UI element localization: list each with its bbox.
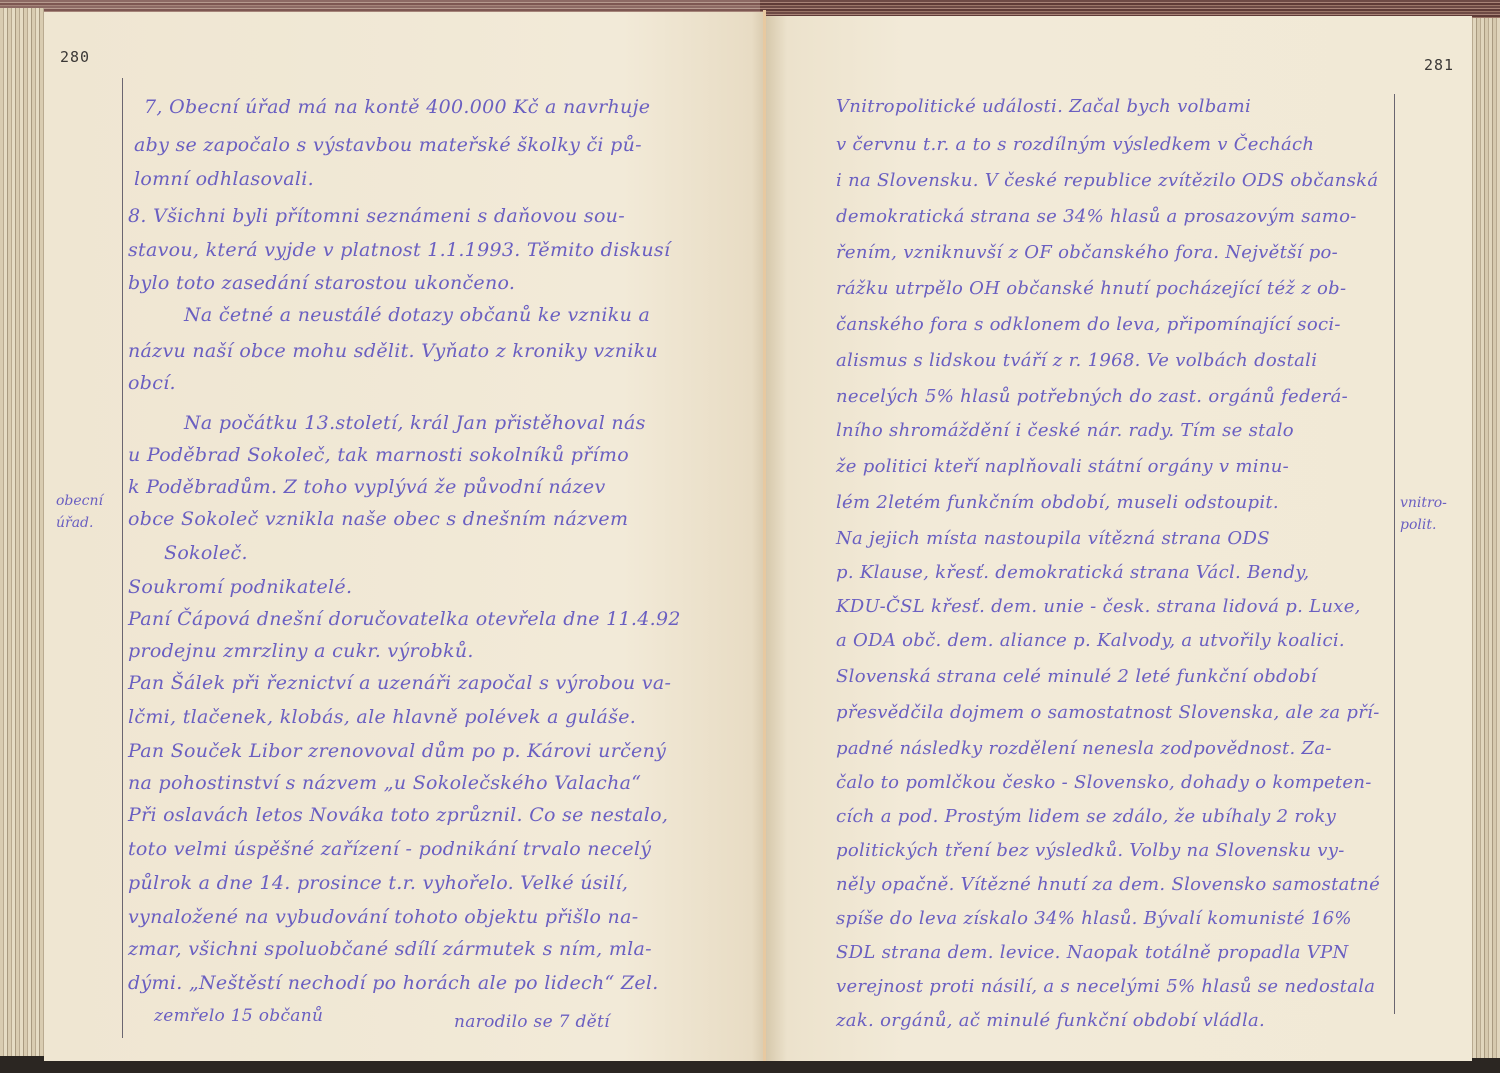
text-line: něly opačně. Vítězné hnutí za dem. Slove… — [836, 874, 1380, 895]
text-line: bylo toto zasedání starostou ukončeno. — [128, 272, 515, 294]
text-line: v červnu t.r. a to s rozdílným výsledkem… — [836, 134, 1314, 155]
text-line: Soukromí podnikatelé. — [128, 576, 352, 598]
text-line: cích a pod. Prostým lidem se zdálo, že u… — [836, 806, 1336, 827]
text-line: lomní odhlasovali. — [134, 168, 314, 190]
text-line: stavou, která vyjde v platnost 1.1.1993.… — [128, 239, 670, 261]
text-line: Pan Šálek při řeznictví a uzenáři započa… — [128, 672, 671, 694]
text-line: čanského fora s odklonem do leva, připom… — [836, 314, 1341, 335]
text-line: prodejnu zmrzliny a cukr. výrobků. — [128, 640, 474, 662]
text-line: názvu naší obce mohu sdělit. Vyňato z kr… — [128, 340, 658, 362]
text-line: že politici kteří naplňovali státní orgá… — [836, 456, 1289, 477]
text-line: necelých 5% hlasů potřebných do zast. or… — [836, 386, 1348, 407]
text-line: demokratická strana se 34% hlasů a prosa… — [836, 206, 1357, 227]
text-line: 8. Všichni byli přítomni seznámeni s daň… — [128, 205, 625, 227]
text-line: politických tření bez výsledků. Volby na… — [836, 840, 1345, 861]
text-line: lčmi, tlačenek, klobás, ale hlavně polév… — [128, 706, 636, 728]
text-line: p. Klause, křesť. demokratická strana Vá… — [836, 562, 1309, 583]
text-line: obce Sokoleč vznikla naše obec s dnešním… — [128, 508, 628, 530]
text-line: Na počátku 13.století, král Jan přistěho… — [184, 412, 646, 434]
text-line: toto velmi úspěšné zařízení - podnikání … — [128, 838, 651, 860]
text-line: Na jejich místa nastoupila vítězná stran… — [836, 528, 1270, 549]
text-line: přesvědčila dojmem o samostatnost Sloven… — [836, 702, 1380, 723]
text-line: čalo to pomlčkou česko - Slovensko, doha… — [836, 772, 1372, 793]
text-line: Při oslavách letos Nováka toto zprůznil.… — [128, 804, 668, 826]
right-page-text: Vnitropolitické události. Začal bych vol… — [766, 16, 1472, 1066]
text-line: Na četné a neustálé dotazy občanů ke vzn… — [184, 304, 650, 326]
text-line: lém 2letém funkčním období, museli odsto… — [836, 492, 1279, 513]
text-line: Slovenská strana celé minulé 2 leté funk… — [836, 666, 1317, 687]
births-count: narodilo se 7 dětí — [454, 1012, 610, 1032]
text-line: Vnitropolitické události. Začal bych vol… — [836, 96, 1251, 117]
text-line: aby se započalo s výstavbou mateřské ško… — [134, 134, 642, 156]
text-line: zmar, všichni spoluobčané sdílí zármutek… — [128, 938, 652, 960]
left-page: 280 obecní úřad. 7, Obecní úřad má na ko… — [44, 12, 766, 1062]
text-line: SDL strana dem. levice. Naopak totálně p… — [836, 942, 1349, 963]
text-line: lního shromáždění i české nár. rady. Tím… — [836, 420, 1294, 441]
text-line: alismus s lidskou tváří z r. 1968. Ve vo… — [836, 350, 1317, 371]
text-line: verejnost proti násilí, a s necelými 5% … — [836, 976, 1375, 997]
text-line: KDU-ČSL křesť. dem. unie - česk. strana … — [836, 596, 1361, 617]
text-line: půlrok a dne 14. prosince t.r. vyhořelo.… — [128, 872, 628, 894]
deaths-count: zemřelo 15 občanů — [154, 1006, 323, 1026]
left-page-text: 7, Obecní úřad má na kontě 400.000 Kč a … — [44, 12, 766, 1062]
open-book: 280 obecní úřad. 7, Obecní úřad má na ko… — [0, 0, 1500, 1073]
text-line: i na Slovensku. V české republice zvítěz… — [836, 170, 1378, 191]
text-line: a ODA obč. dem. aliance p. Kalvody, a ut… — [836, 630, 1345, 651]
left-page-stack — [0, 8, 44, 1056]
text-line: Paní Čápová dnešní doručovatelka otevřel… — [128, 608, 681, 630]
right-page-stack — [1472, 18, 1500, 1058]
text-line: spíše do leva získalo 34% hlasů. Bývalí … — [836, 908, 1352, 929]
text-line: Sokoleč. — [164, 542, 248, 564]
text-line: řením, vzniknuvší z OF občanského fora. … — [836, 242, 1338, 263]
text-line: padné následky rozdělení nenesla zodpově… — [836, 738, 1332, 759]
text-line: Pan Souček Libor zrenovoval dům po p. Ká… — [128, 740, 666, 762]
right-page: 281 vnitro- polit. Vnitropolitické událo… — [766, 16, 1472, 1066]
text-line: na pohostinství s názvem „u Sokolečského… — [128, 772, 641, 794]
text-line: dými. „Neštěstí nechodí po horách ale po… — [128, 972, 659, 994]
bottom-edge — [0, 1061, 1500, 1073]
text-line: 7, Obecní úřad má na kontě 400.000 Kč a … — [144, 96, 650, 118]
text-line: obcí. — [128, 372, 176, 394]
text-line: k Poděbradům. Z toho vyplývá že původní … — [128, 476, 606, 498]
text-line: rážku utrpělo OH občanské hnutí pocházej… — [836, 278, 1346, 299]
text-line: vynaložené na vybudování tohoto objektu … — [128, 906, 638, 928]
text-line: zak. orgánů, ač minulé funkční období vl… — [836, 1010, 1265, 1031]
text-line: u Poděbrad Sokoleč, tak marnosti sokolní… — [128, 444, 629, 466]
